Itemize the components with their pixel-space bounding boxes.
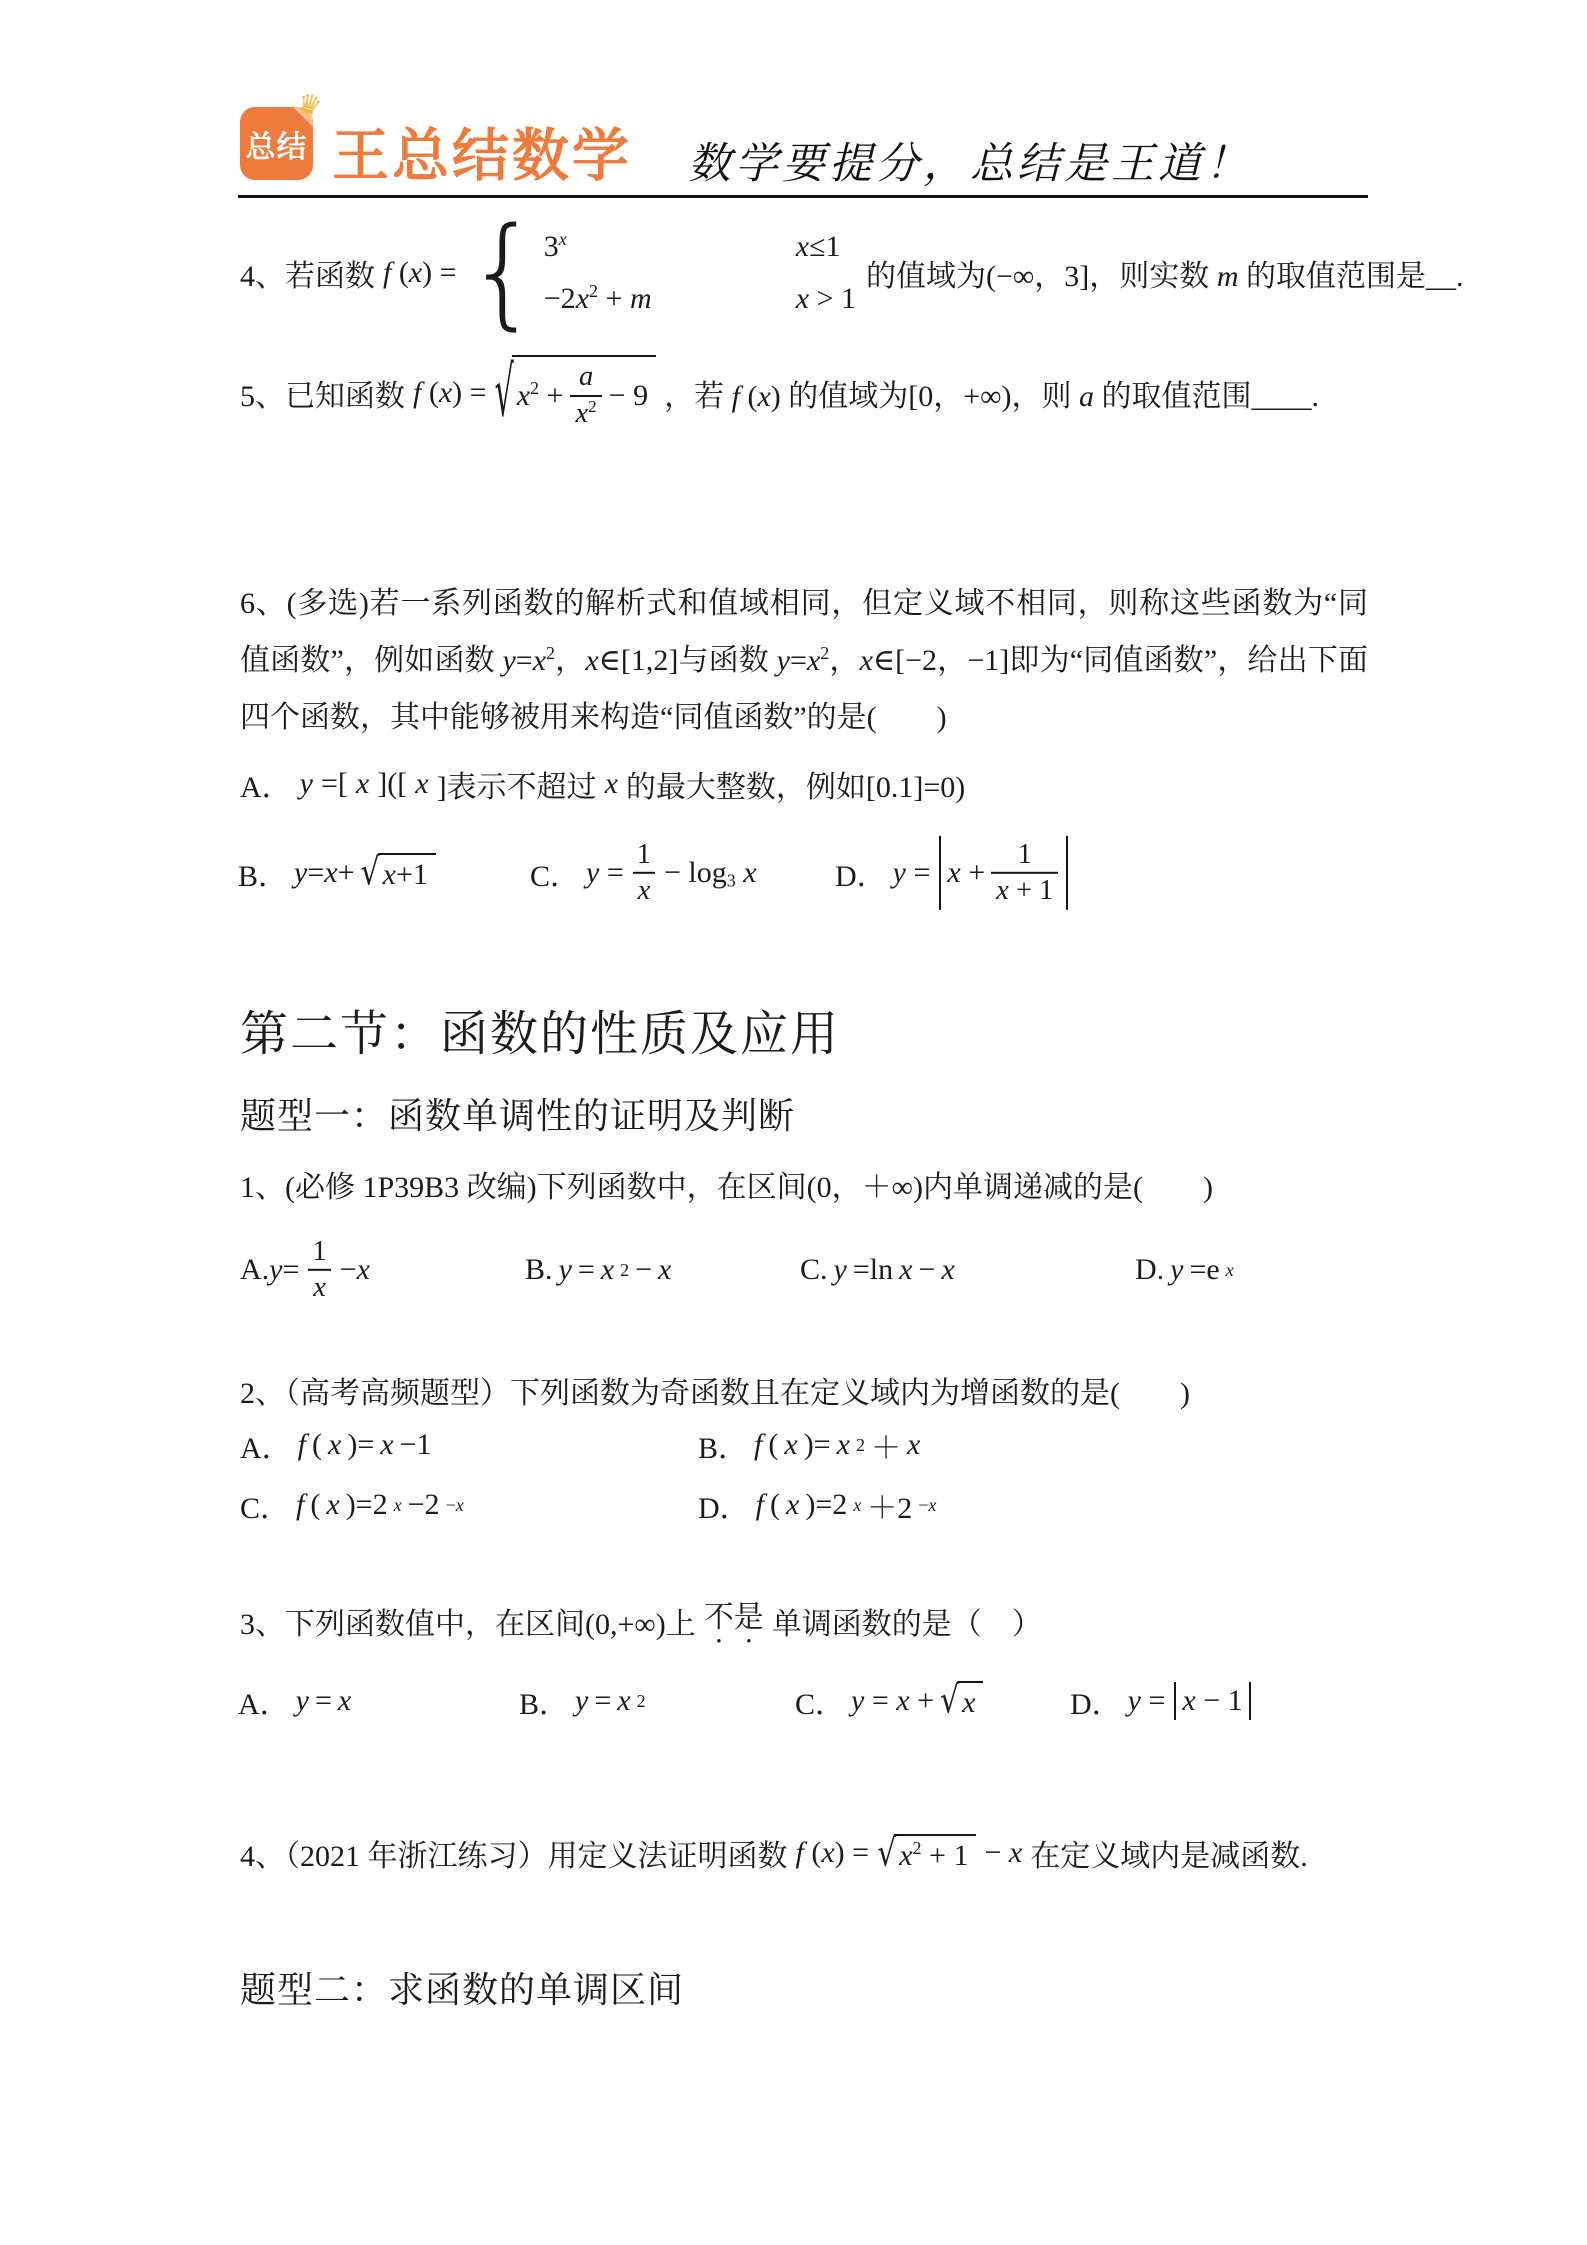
option-label: D．	[835, 851, 887, 895]
brace-icon: {	[467, 219, 540, 328]
radical-expression: √ x2 + 1	[877, 1834, 976, 1873]
fraction-numerator: 1	[632, 837, 656, 871]
piecewise-bottom-cond: x > 1	[796, 282, 856, 316]
option-b-formula: y=x+	[294, 856, 355, 890]
option-c-lhs: y =	[586, 856, 624, 890]
fraction-denominator: x	[633, 872, 656, 908]
piecewise-function: { 3x x≤1 −2x2 + m x > 1	[467, 221, 856, 325]
radicand-pre: x2 +	[517, 379, 564, 413]
question-5-tail: ，若 f (x) 的值域为[0，+∞)，则 a 的取值范围____.	[664, 371, 1319, 415]
question-6-option-b: B． y=x+ √ x+1	[238, 851, 436, 895]
radicand: x2 + 1	[899, 1839, 968, 1873]
question-6-option-a: A．y=[x ]([x]表示不超过 x 的最大整数，例如[0.1]=0)	[240, 762, 965, 806]
radical-icon: √	[877, 1831, 896, 1875]
brand-name: 王总结数学	[332, 110, 632, 192]
s2-q4-fx: f (x) =	[796, 1836, 870, 1870]
question-6-option-c: C． y = 1 x − log3 x	[530, 837, 757, 907]
option-a-rhs: −x	[340, 1253, 370, 1287]
question-6-body: 6、(多选)若一系列函数的解析式和值域相同，但定义域不相同，则称这些函数为“同值…	[240, 575, 1368, 746]
s2-question-3-options: A．y = x B．y = x2 C． y = x + √ x D． y = x…	[0, 1668, 1587, 1733]
fraction: 1 x	[307, 1234, 331, 1304]
question-5-lead: 5、已知函数	[240, 371, 405, 415]
abs-content-pre: x +	[947, 856, 985, 890]
fraction-numerator: 1	[307, 1234, 331, 1268]
piecewise-top-expr: 3x	[544, 230, 796, 264]
piecewise-bottom-expr: −2x2 + m	[544, 282, 796, 316]
brand-logo: 总结 ♛	[240, 107, 313, 180]
s2-question-2-options-ab: A．f(x)=x−1 B．f(x)=x2＋x	[0, 1420, 1587, 1470]
worksheet-page: 总结 ♛ 王总结数学 数学要提分，总结是王道！ 4、若函数 f (x) = { …	[0, 0, 1587, 2245]
option-c-rhs: − log3 x	[664, 856, 757, 890]
option-label: B．	[238, 851, 288, 895]
radicand: x+1	[383, 858, 428, 892]
s2-q3-option-c: C． y = x + √ x	[795, 1679, 983, 1723]
s2-q1-option-a: A.y= 1 x −x	[240, 1234, 370, 1304]
s2-q4-tail: 在定义域内是减函数.	[1030, 1831, 1308, 1875]
s2-q1-option-c: C.y=ln x−x	[800, 1253, 955, 1287]
logo-badge-text: 总结	[246, 122, 308, 166]
header-divider	[238, 195, 1368, 198]
question-6-option-d: D． y = x + 1 x + 1	[835, 835, 1071, 909]
option-d-lhs: y =	[1128, 1684, 1166, 1718]
s2-q3-pre: 3、下列函数值中，在区间(0,+∞)上	[240, 1599, 696, 1643]
question-6-options-bcd: B． y=x+ √ x+1 C． y = 1 x − log3 x D． y =…	[0, 815, 1587, 930]
radical-expression: √ x2 + a x2 − 9	[495, 355, 657, 430]
absolute-value: x − 1	[1174, 1682, 1250, 1720]
radical-expression: √ x	[940, 1681, 983, 1720]
s2-q1-option-d: D.y=ex	[1135, 1253, 1234, 1287]
s2-question-2-options-cd: C．f(x)=2x−2−x D．f(x)=2x＋2−x	[0, 1480, 1587, 1530]
absolute-value: x + 1 x + 1	[939, 835, 1068, 909]
radicand: x	[962, 1686, 975, 1720]
fraction-numerator: a	[574, 360, 598, 394]
s2-q4-post: − x	[984, 1836, 1022, 1870]
option-c-lhs: y = x +	[851, 1684, 934, 1718]
section-title: 第二节：函数的性质及应用	[240, 995, 840, 1064]
s2-q2-option-d: D．f(x)=2x＋2−x	[698, 1483, 936, 1527]
s2-question-1: 1、(必修 1P39B3 改编)下列函数中，在区间(0，＋∞)内单调递减的是( …	[240, 1162, 1213, 1206]
topic-2-title: 题型二：求函数的单调区间	[240, 1962, 684, 2013]
question-5: 5、已知函数 f (x) = √ x2 + a x2 − 9 ，若 f (x) …	[240, 338, 1319, 448]
fraction-denominator: x	[308, 1269, 331, 1305]
s2-q3-option-d: D． y = x − 1	[1070, 1679, 1254, 1723]
s2-q4-lead: 4、（2021 年浙江练习）用定义法证明函数	[240, 1831, 788, 1875]
topic-1-title: 题型一：函数单调性的证明及判断	[240, 1088, 795, 1139]
s2-q2-option-a: A．f(x)=x−1	[240, 1423, 432, 1467]
option-label: D．	[1070, 1679, 1122, 1723]
fraction: a x2	[570, 360, 601, 430]
brand-slogan: 数学要提分，总结是王道！	[688, 130, 1252, 191]
question-4-fx: f (x) =	[383, 256, 457, 290]
s2-q3-option-b: B．y = x2	[519, 1679, 646, 1723]
radical-icon: √	[940, 1679, 959, 1723]
fraction-denominator: x + 1	[991, 872, 1058, 908]
radicand-post: − 9	[609, 379, 648, 413]
question-4-lead: 4、若函数	[240, 251, 375, 295]
s2-question-1-options: A.y= 1 x −x B.y=x2−x C.y=ln x−x D.y=ex	[0, 1222, 1587, 1317]
fraction: 1 x + 1	[991, 837, 1058, 907]
s2-q2-option-c: C．f(x)=2x−2−x	[240, 1483, 464, 1527]
s2-question-4: 4、（2021 年浙江练习）用定义法证明函数 f (x) = √ x2 + 1 …	[240, 1818, 1308, 1888]
option-label: C．	[530, 851, 580, 895]
option-d-lhs: y =	[893, 856, 931, 890]
fraction-numerator: 1	[1013, 837, 1037, 871]
question-4: 4、若函数 f (x) = { 3x x≤1 −2x2 + m x > 1 的值…	[240, 218, 1463, 328]
s2-q3-emphasized: 不是	[704, 1592, 764, 1650]
radical-icon: √	[495, 353, 514, 434]
radical-expression: √ x+1	[361, 853, 436, 892]
piecewise-top-cond: x≤1	[796, 230, 856, 264]
s2-question-3: 3、下列函数值中，在区间(0,+∞)上不是单调函数的是（ ）	[240, 1592, 1042, 1650]
s2-q2-option-b: B．f(x)=x2＋x	[698, 1423, 920, 1467]
fraction: 1 x	[632, 837, 656, 907]
s2-q3-post: 单调函数的是（ ）	[772, 1599, 1042, 1643]
fraction-denominator: x2	[570, 395, 601, 431]
question-5-fx: f (x) =	[413, 376, 487, 410]
radical-icon: √	[361, 851, 380, 895]
option-label: C．	[795, 1679, 845, 1723]
option-a-lhs: A.y=	[240, 1253, 299, 1287]
s2-question-2: 2、（高考高频题型）下列函数为奇函数且在定义域内为增函数的是( )	[240, 1368, 1190, 1412]
question-4-tail: 的值域为(−∞，3]，则实数 m 的取值范围是__.	[866, 251, 1463, 295]
s2-q1-option-b: B.y=x2−x	[525, 1253, 671, 1287]
s2-q3-option-a: A．y = x	[238, 1679, 351, 1723]
abs-content: x − 1	[1182, 1684, 1242, 1718]
